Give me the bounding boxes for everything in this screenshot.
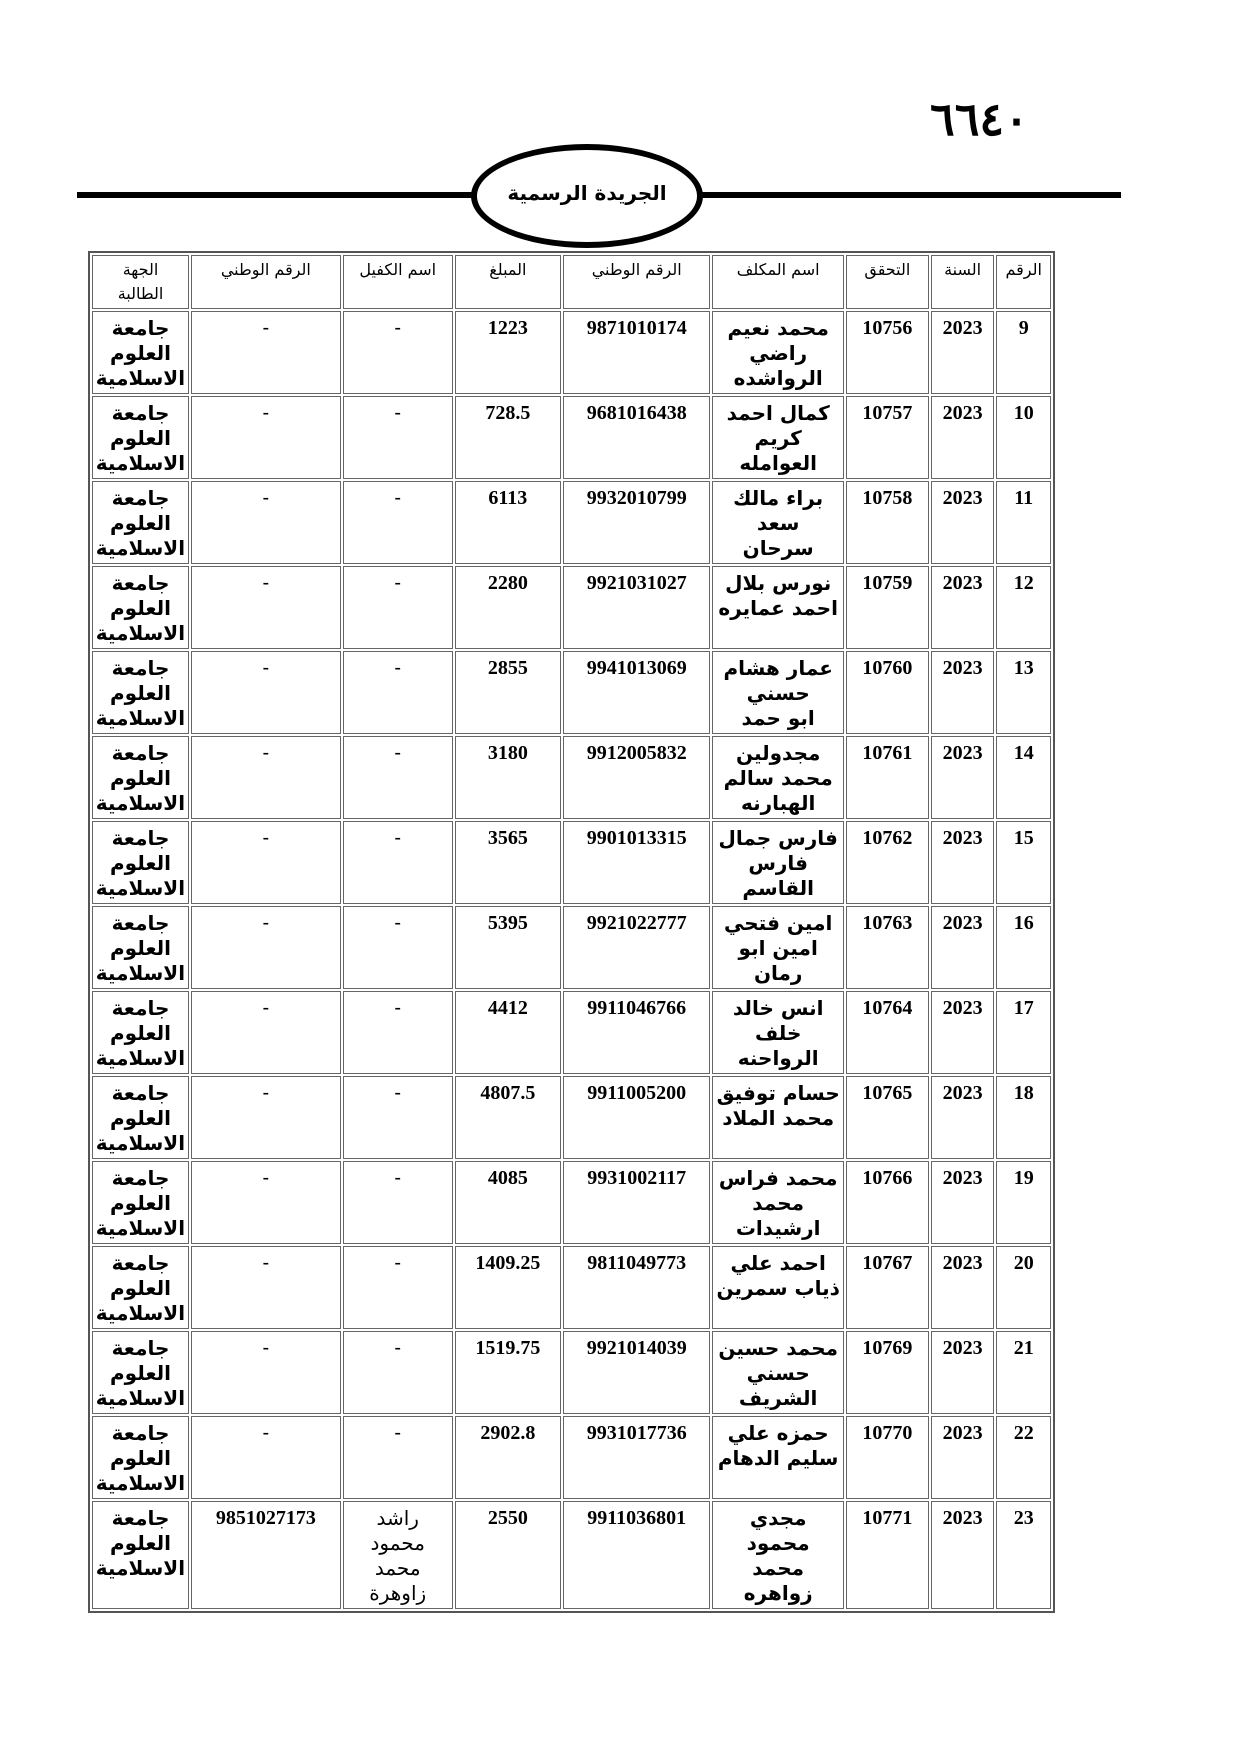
cell-debtor-name-line: احمد عمايره [716,596,839,621]
cell-number: 15 [996,821,1051,904]
cell-requesting-party-line: الاسلامية [96,876,185,901]
cell-year: 2023 [931,991,995,1074]
cell-guarantor-national-id: - [191,396,341,479]
table-row: 11202310758براء مالك سعدسرحان99320107996… [92,481,1051,564]
cell-number: 20 [996,1246,1051,1329]
page-number: ٦٦٤٠ [930,92,1060,146]
cell-national-id: 9912005832 [563,736,711,819]
cell-requesting-party-line: العلوم [96,1021,185,1046]
cell-requesting-party-line: جامعة [96,826,185,851]
cell-requesting-party: جامعةالعلومالاسلامية [92,1331,189,1414]
cell-year: 2023 [931,1161,995,1244]
cell-debtor-name-line: الهبارنه [716,791,839,816]
cell-guarantor-name-line: محمد [347,1556,449,1581]
cell-debtor-name-line: محمد حسين [716,1336,839,1361]
cell-year: 2023 [931,1416,995,1499]
table-row: 16202310763امين فتحيامين ابو رمان9921022… [92,906,1051,989]
cell-guarantor-name: - [343,821,453,904]
cell-guarantor-name: - [343,1246,453,1329]
cell-debtor-name-line: ذياب سمرين [716,1276,839,1301]
cell-year: 2023 [931,1076,995,1159]
cell-requesting-party-line: الاسلامية [96,791,185,816]
cell-amount: 3180 [455,736,561,819]
col-header-amount: المبلغ [455,255,561,309]
cell-debtor-name: محمد فراسمحمدارشيدات [712,1161,843,1244]
cell-national-id: 9941013069 [563,651,711,734]
cell-guarantor-name-line: - [347,911,449,936]
table-row: 18202310765حسام توفيقمحمد الملاد99110052… [92,1076,1051,1159]
header-line: الطالبة [96,282,185,306]
cell-requesting-party-line: الاسلامية [96,1471,185,1496]
header-oval-badge: الجريدة الرسمية [471,144,703,248]
cell-requesting-party-line: العلوم [96,766,185,791]
col-header-verification: التحقق [846,255,929,309]
cell-year: 2023 [931,651,995,734]
cell-requesting-party-line: العلوم [96,1106,185,1131]
cell-year: 2023 [931,396,995,479]
cell-guarantor-national-id: - [191,821,341,904]
cell-guarantor-name-line: - [347,826,449,851]
cell-guarantor-name: - [343,906,453,989]
cell-amount: 728.5 [455,396,561,479]
cell-requesting-party-line: جامعة [96,316,185,341]
cell-debtor-name-line: ارشيدات [716,1216,839,1241]
cell-debtor-name-line: محمد زواهره [716,1556,839,1606]
cell-requesting-party-line: جامعة [96,656,185,681]
cell-debtor-name-line: ابو حمد [716,706,839,731]
cell-debtor-name-line: سرحان [716,536,839,561]
cell-debtor-name-line: خلف الرواحنه [716,1021,839,1071]
col-header-number: الرقم [996,255,1051,309]
cell-requesting-party-line: العلوم [96,426,185,451]
cell-amount: 2550 [455,1501,561,1609]
cell-debtor-name-line: امين ابو رمان [716,936,839,986]
cell-requesting-party: جامعةالعلومالاسلامية [92,651,189,734]
cell-guarantor-national-id: 9851027173 [191,1501,341,1609]
cell-guarantor-national-id: - [191,651,341,734]
col-header-debtor-name: اسم المكلف [712,255,843,309]
cell-requesting-party: جامعةالعلومالاسلامية [92,1161,189,1244]
cell-number: 16 [996,906,1051,989]
cell-requesting-party-line: الاسلامية [96,451,185,476]
cell-debtor-name-line: محمد فراس [716,1166,839,1191]
cell-requesting-party: جامعةالعلومالاسلامية [92,736,189,819]
cell-guarantor-national-id: - [191,1161,341,1244]
cell-debtor-name-line: حسني [716,681,839,706]
table-row: 22202310770حمزه عليسليم الدهام9931017736… [92,1416,1051,1499]
cell-number: 12 [996,566,1051,649]
cell-requesting-party-line: الاسلامية [96,961,185,986]
cell-guarantor-national-id: - [191,1416,341,1499]
cell-national-id: 9911046766 [563,991,711,1074]
cell-amount: 4085 [455,1161,561,1244]
cell-debtor-name-line: براء مالك سعد [716,486,839,536]
cell-verification: 10761 [846,736,929,819]
cell-guarantor-name: - [343,566,453,649]
cell-debtor-name-line: امين فتحي [716,911,839,936]
col-header-guarantor-national-id: الرقم الوطني [191,255,341,309]
cell-amount: 3565 [455,821,561,904]
table-row: 23202310771مجدي محمودمحمد زواهره99110368… [92,1501,1051,1609]
cell-requesting-party: جامعةالعلومالاسلامية [92,906,189,989]
cell-debtor-name-line: فارس جمال [716,826,839,851]
cell-debtor-name: نورس بلالاحمد عمايره [712,566,843,649]
cell-guarantor-name: - [343,481,453,564]
cell-debtor-name: حمزه عليسليم الدهام [712,1416,843,1499]
cell-number: 17 [996,991,1051,1074]
cell-year: 2023 [931,481,995,564]
cell-national-id: 9932010799 [563,481,711,564]
cell-requesting-party-line: الاسلامية [96,1386,185,1411]
cell-requesting-party-line: الاسلامية [96,621,185,646]
table-row: 19202310766محمد فراسمحمدارشيدات993100211… [92,1161,1051,1244]
cell-requesting-party: جامعةالعلومالاسلامية [92,821,189,904]
table-row: 15202310762فارس جمالفارس القاسم990101331… [92,821,1051,904]
cell-requesting-party: جامعةالعلومالاسلامية [92,1076,189,1159]
cell-debtor-name: فارس جمالفارس القاسم [712,821,843,904]
cell-debtor-name-line: احمد علي [716,1251,839,1276]
cell-number: 19 [996,1161,1051,1244]
cell-verification: 10771 [846,1501,929,1609]
cell-requesting-party-line: جامعة [96,996,185,1021]
cell-requesting-party-line: جامعة [96,911,185,936]
cell-requesting-party-line: جامعة [96,486,185,511]
cell-requesting-party-line: الاسلامية [96,1301,185,1326]
cell-amount: 1409.25 [455,1246,561,1329]
cell-requesting-party-line: جامعة [96,1336,185,1361]
cell-amount: 2902.8 [455,1416,561,1499]
col-header-year: السنة [931,255,995,309]
cell-national-id: 9681016438 [563,396,711,479]
table-row: 9202310756محمد نعيمراضيالرواشده987101017… [92,311,1051,394]
cell-guarantor-name: - [343,736,453,819]
cell-year: 2023 [931,566,995,649]
cell-requesting-party-line: العلوم [96,1446,185,1471]
cell-guarantor-name: راشدمحمودمحمدزاوهرة [343,1501,453,1609]
table-row: 21202310769محمد حسينحسنيالشريف9921014039… [92,1331,1051,1414]
cell-verification: 10763 [846,906,929,989]
cell-requesting-party-line: العلوم [96,936,185,961]
cell-guarantor-name-line: - [347,1166,449,1191]
cell-number: 22 [996,1416,1051,1499]
cell-year: 2023 [931,906,995,989]
cell-debtor-name-line: محمد سالم [716,766,839,791]
table-body: 9202310756محمد نعيمراضيالرواشده987101017… [92,311,1051,1609]
cell-requesting-party-line: جامعة [96,1166,185,1191]
cell-debtor-name-line: محمد الملاد [716,1106,839,1131]
cell-year: 2023 [931,1246,995,1329]
cell-verification: 10758 [846,481,929,564]
cell-requesting-party-line: العلوم [96,1361,185,1386]
col-header-guarantor-name: اسم الكفيل [343,255,453,309]
cell-debtor-name-line: نورس بلال [716,571,839,596]
cell-requesting-party-line: جامعة [96,1081,185,1106]
cell-requesting-party-line: الاسلامية [96,1046,185,1071]
cell-guarantor-name-line: - [347,741,449,766]
cell-guarantor-national-id: - [191,1331,341,1414]
cell-number: 13 [996,651,1051,734]
cell-guarantor-name-line: - [347,1081,449,1106]
cell-national-id: 9871010174 [563,311,711,394]
cell-national-id: 9911036801 [563,1501,711,1609]
cell-verification: 10767 [846,1246,929,1329]
cell-verification: 10760 [846,651,929,734]
cell-debtor-name: محمد نعيمراضيالرواشده [712,311,843,394]
cell-debtor-name-line: انس خالد [716,996,839,1021]
cell-number: 11 [996,481,1051,564]
cell-requesting-party-line: جامعة [96,1251,185,1276]
cell-guarantor-name-line: - [347,1336,449,1361]
cell-number: 10 [996,396,1051,479]
cell-requesting-party-line: العلوم [96,341,185,366]
cell-amount: 1519.75 [455,1331,561,1414]
cell-debtor-name-line: عمار هشام [716,656,839,681]
cell-requesting-party-line: الاسلامية [96,1131,185,1156]
cell-national-id: 9811049773 [563,1246,711,1329]
cell-verification: 10770 [846,1416,929,1499]
cell-debtor-name: مجدولينمحمد سالمالهبارنه [712,736,843,819]
cell-verification: 10765 [846,1076,929,1159]
cell-debtor-name: انس خالدخلف الرواحنه [712,991,843,1074]
cell-requesting-party-line: العلوم [96,596,185,621]
cell-requesting-party-line: العلوم [96,511,185,536]
table-row: 20202310767احمد عليذياب سمرين98110497731… [92,1246,1051,1329]
col-header-national-id: الرقم الوطني [563,255,711,309]
cell-guarantor-name-line: - [347,316,449,341]
cell-guarantor-name-line: - [347,1421,449,1446]
cell-verification: 10764 [846,991,929,1074]
cell-guarantor-name-line: - [347,1251,449,1276]
cell-guarantor-national-id: - [191,311,341,394]
cell-debtor-name-line: محمد نعيم [716,316,839,341]
cell-requesting-party-line: جامعة [96,401,185,426]
cell-guarantor-name-line: - [347,656,449,681]
cell-requesting-party-line: الاسلامية [96,366,185,391]
cell-national-id: 9931017736 [563,1416,711,1499]
cell-amount: 4807.5 [455,1076,561,1159]
cell-debtor-name-line: الرواشده [716,366,839,391]
cell-verification: 10769 [846,1331,929,1414]
cell-verification: 10757 [846,396,929,479]
cell-debtor-name: مجدي محمودمحمد زواهره [712,1501,843,1609]
cell-guarantor-name-line: محمود [347,1531,449,1556]
cell-requesting-party-line: الاسلامية [96,1556,185,1581]
cell-requesting-party: جامعةالعلومالاسلامية [92,481,189,564]
table-row: 12202310759نورس بلالاحمد عمايره992103102… [92,566,1051,649]
cell-debtor-name-line: كريم العوامله [716,426,839,476]
cell-requesting-party: جامعةالعلومالاسلامية [92,991,189,1074]
cell-guarantor-name: - [343,1416,453,1499]
table-header-row: الرقم السنة التحقق اسم المكلف الرقم الوط… [92,255,1051,309]
cell-amount: 2280 [455,566,561,649]
cell-requesting-party-line: الاسلامية [96,1216,185,1241]
cell-verification: 10759 [846,566,929,649]
cell-guarantor-name: - [343,1076,453,1159]
cell-number: 21 [996,1331,1051,1414]
cell-requesting-party-line: العلوم [96,1276,185,1301]
cell-requesting-party-line: جامعة [96,1506,185,1531]
cell-national-id: 9911005200 [563,1076,711,1159]
cell-amount: 5395 [455,906,561,989]
col-header-requesting-party: الجهة الطالبة [92,255,189,309]
cell-debtor-name: كمال احمدكريم العوامله [712,396,843,479]
cell-guarantor-national-id: - [191,1246,341,1329]
cell-requesting-party-line: جامعة [96,571,185,596]
cell-national-id: 9921022777 [563,906,711,989]
cell-debtor-name-line: محمد [716,1191,839,1216]
cell-number: 18 [996,1076,1051,1159]
cell-debtor-name-line: فارس القاسم [716,851,839,901]
cell-requesting-party-line: العلوم [96,851,185,876]
cell-year: 2023 [931,311,995,394]
cell-amount: 6113 [455,481,561,564]
cell-national-id: 9921031027 [563,566,711,649]
cell-guarantor-name: - [343,396,453,479]
cell-requesting-party: جامعةالعلومالاسلامية [92,1246,189,1329]
cell-requesting-party: جامعةالعلومالاسلامية [92,396,189,479]
cell-requesting-party-line: الاسلامية [96,706,185,731]
cell-debtor-name-line: حسني [716,1361,839,1386]
cell-guarantor-name: - [343,1161,453,1244]
table-row: 14202310761مجدولينمحمد سالمالهبارنه99120… [92,736,1051,819]
cell-guarantor-national-id: - [191,906,341,989]
publication-title: الجريدة الرسمية [507,181,666,205]
cell-guarantor-national-id: - [191,481,341,564]
cell-requesting-party-line: الاسلامية [96,536,185,561]
cell-year: 2023 [931,1501,995,1609]
cell-debtor-name-line: حسام توفيق [716,1081,839,1106]
cell-guarantor-national-id: - [191,566,341,649]
cell-debtor-name-line: راضي [716,341,839,366]
cell-national-id: 9901013315 [563,821,711,904]
cell-requesting-party: جامعةالعلومالاسلامية [92,1416,189,1499]
cell-requesting-party-line: جامعة [96,1421,185,1446]
cell-verification: 10756 [846,311,929,394]
table-row: 13202310760عمار هشامحسنيابو حمد994101306… [92,651,1051,734]
table-row: 17202310764انس خالدخلف الرواحنه991104676… [92,991,1051,1074]
header-line: الجهة [96,258,185,282]
cell-guarantor-national-id: - [191,1076,341,1159]
cell-requesting-party-line: جامعة [96,741,185,766]
cell-debtor-name: احمد عليذياب سمرين [712,1246,843,1329]
cell-guarantor-name: - [343,311,453,394]
cell-debtor-name: امين فتحيامين ابو رمان [712,906,843,989]
cell-year: 2023 [931,1331,995,1414]
cell-requesting-party-line: العلوم [96,1191,185,1216]
cell-number: 14 [996,736,1051,819]
cell-guarantor-name-line: راشد [347,1506,449,1531]
cell-debtor-name-line: سليم الدهام [716,1446,839,1471]
cell-guarantor-name-line: زاوهرة [347,1581,449,1606]
cell-guarantor-name-line: - [347,996,449,1021]
cell-debtor-name: حسام توفيقمحمد الملاد [712,1076,843,1159]
cell-number: 9 [996,311,1051,394]
cell-debtor-name: براء مالك سعدسرحان [712,481,843,564]
table-container: الرقم السنة التحقق اسم المكلف الرقم الوط… [88,251,1055,1613]
cell-debtor-name: عمار هشامحسنيابو حمد [712,651,843,734]
cell-verification: 10766 [846,1161,929,1244]
table-row: 10202310757كمال احمدكريم العوامله9681016… [92,396,1051,479]
cell-national-id: 9931002117 [563,1161,711,1244]
cell-amount: 2855 [455,651,561,734]
cell-debtor-name-line: مجدي محمود [716,1506,839,1556]
cell-amount: 4412 [455,991,561,1074]
cell-debtor-name-line: كمال احمد [716,401,839,426]
cell-debtor-name-line: حمزه علي [716,1421,839,1446]
cell-requesting-party: جامعةالعلومالاسلامية [92,1501,189,1609]
cell-year: 2023 [931,821,995,904]
cell-guarantor-name: - [343,1331,453,1414]
cell-debtor-name-line: مجدولين [716,741,839,766]
cell-guarantor-name: - [343,651,453,734]
cell-requesting-party-line: العلوم [96,1531,185,1556]
cell-verification: 10762 [846,821,929,904]
cell-guarantor-name-line: - [347,401,449,426]
cell-year: 2023 [931,736,995,819]
cell-national-id: 9921014039 [563,1331,711,1414]
cell-guarantor-national-id: - [191,736,341,819]
cell-guarantor-name: - [343,991,453,1074]
cell-debtor-name: محمد حسينحسنيالشريف [712,1331,843,1414]
cell-requesting-party: جامعةالعلومالاسلامية [92,566,189,649]
cell-amount: 1223 [455,311,561,394]
cell-guarantor-name-line: - [347,571,449,596]
cell-debtor-name-line: الشريف [716,1386,839,1411]
debtors-table: الرقم السنة التحقق اسم المكلف الرقم الوط… [88,251,1055,1613]
cell-requesting-party-line: العلوم [96,681,185,706]
cell-guarantor-national-id: - [191,991,341,1074]
cell-guarantor-name-line: - [347,486,449,511]
cell-number: 23 [996,1501,1051,1609]
cell-requesting-party: جامعةالعلومالاسلامية [92,311,189,394]
